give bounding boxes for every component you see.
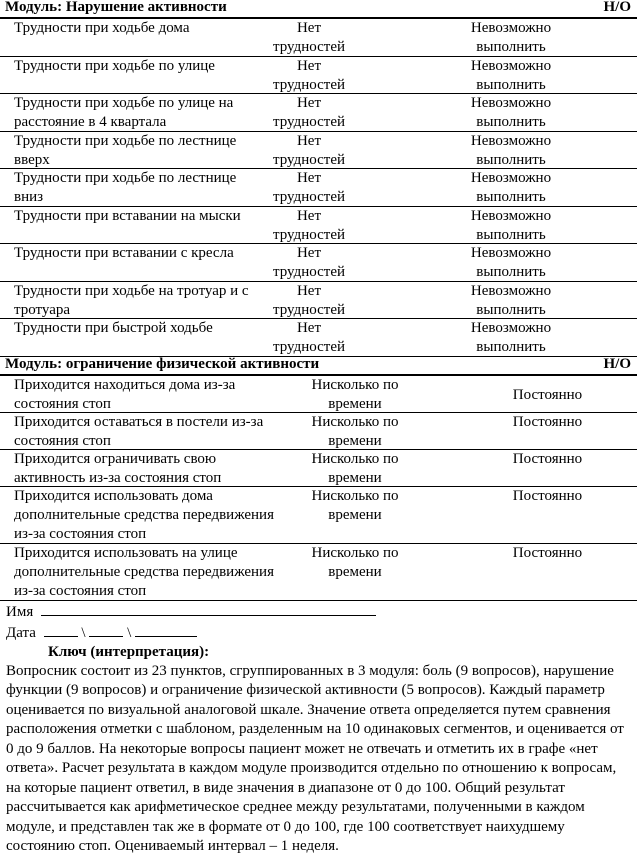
module1-title: Модуль: Нарушение активности	[5, 0, 227, 17]
scale-max-label: Невозможно выполнить	[460, 19, 562, 57]
date-day-line[interactable]	[44, 622, 78, 637]
item-label: Трудности при быстрой ходьбе	[14, 319, 249, 338]
name-label: Имя	[6, 604, 33, 620]
module2-title: Модуль: ограничение физической активност…	[5, 355, 319, 374]
scale-max-label: Невозможно выполнить	[460, 244, 562, 282]
date-year-line[interactable]	[135, 622, 197, 637]
table-row: Трудности при ходьбе по улице на расстоя…	[0, 94, 637, 132]
scale-max-label: Невозможно выполнить	[460, 57, 562, 95]
date-separator: \	[81, 625, 85, 641]
scale-min-label: Нет трудностей	[260, 19, 358, 57]
table-row: Трудности при ходьбе дома Нет трудностей…	[0, 19, 637, 57]
patient-fields: Имя Дата \ \	[0, 601, 637, 643]
scale-max-label: Невозможно выполнить	[460, 319, 562, 357]
key-title: Ключ (интерпретация):	[0, 643, 637, 662]
key-text: Вопросник состоит из 23 пунктов, сгруппи…	[0, 662, 637, 857]
table-row: Трудности при ходьбе по улице Нет трудно…	[0, 57, 637, 95]
table-row: Приходится использовать дома дополнитель…	[0, 487, 637, 544]
module2-na-label: Н/О	[603, 355, 631, 374]
scale-min-label: Нет трудностей	[260, 169, 358, 207]
scale-max-label: Невозможно выполнить	[460, 94, 562, 132]
scale-min-label: Нисколько по времени	[300, 544, 410, 582]
questionnaire-page: Модуль: Нарушение активности Н/О Труднос…	[0, 0, 637, 857]
scale-min-label: Нисколько по времени	[300, 487, 410, 525]
table-row: Приходится находиться дома из-за состоян…	[0, 376, 637, 413]
table-row: Приходится использовать на улице дополни…	[0, 544, 637, 601]
table-row: Трудности при вставании с кресла Нет тру…	[0, 244, 637, 282]
item-label: Приходится ограничивать свою активность …	[14, 450, 274, 488]
module2-header: Модуль: ограничение физической активност…	[0, 357, 637, 376]
scale-max-label: Невозможно выполнить	[460, 169, 562, 207]
module1-na-label: Н/О	[603, 0, 631, 17]
item-label: Трудности при вставании с кресла	[14, 244, 249, 263]
item-label: Трудности при ходьбе по улице	[14, 57, 249, 76]
scale-min-label: Нет трудностей	[260, 282, 358, 320]
table-row: Приходится ограничивать свою активность …	[0, 450, 637, 487]
item-label: Трудности при ходьбе по лестнице вниз	[14, 169, 249, 207]
item-label: Приходится использовать дома дополнитель…	[14, 487, 274, 544]
item-label: Приходится оставаться в постели из-за со…	[14, 413, 274, 451]
scale-min-label: Нет трудностей	[260, 207, 358, 245]
scale-max-label: Постоянно	[500, 450, 595, 469]
item-label: Приходится находиться дома из-за состоян…	[14, 376, 274, 414]
item-label: Трудности при ходьбе дома	[14, 19, 249, 38]
scale-max-label: Невозможно выполнить	[460, 132, 562, 170]
table-row: Трудности при ходьбе на тротуар и с трот…	[0, 282, 637, 320]
date-month-line[interactable]	[89, 622, 123, 637]
table-row: Трудности при ходьбе по лестнице вниз Не…	[0, 169, 637, 207]
table-row: Трудности при ходьбе по лестнице вверх Н…	[0, 132, 637, 170]
scale-max-label: Невозможно выполнить	[460, 282, 562, 320]
scale-min-label: Нисколько по времени	[300, 450, 410, 488]
scale-min-label: Нет трудностей	[260, 319, 358, 357]
table-row: Трудности при быстрой ходьбе Нет труднос…	[0, 319, 637, 357]
scale-max-label: Постоянно	[500, 413, 595, 432]
scale-min-label: Нет трудностей	[260, 244, 358, 282]
item-label: Трудности при ходьбе на тротуар и с трот…	[14, 282, 249, 320]
date-separator: \	[127, 625, 131, 641]
name-field-row: Имя	[6, 601, 637, 622]
scale-min-label: Нет трудностей	[260, 57, 358, 95]
item-label: Приходится использовать на улице дополни…	[14, 544, 274, 601]
item-label: Трудности при ходьбе по улице на расстоя…	[14, 94, 249, 132]
scale-max-label: Постоянно	[500, 487, 595, 506]
name-input-line[interactable]	[41, 601, 376, 616]
item-label: Трудности при вставании на мыски	[14, 207, 249, 226]
scale-max-label: Невозможно выполнить	[460, 207, 562, 245]
module1-header: Модуль: Нарушение активности Н/О	[0, 0, 637, 19]
scale-min-label: Нет трудностей	[260, 94, 358, 132]
date-label: Дата	[6, 625, 36, 641]
item-label: Трудности при ходьбе по лестнице вверх	[14, 132, 249, 170]
scale-min-label: Нет трудностей	[260, 132, 358, 170]
scale-max-label: Постоянно	[500, 386, 595, 405]
table-row: Приходится оставаться в постели из-за со…	[0, 413, 637, 450]
scale-min-label: Нисколько по времени	[300, 413, 410, 451]
scale-min-label: Нисколько по времени	[300, 376, 410, 414]
table-row: Трудности при вставании на мыски Нет тру…	[0, 207, 637, 245]
scale-max-label: Постоянно	[500, 544, 595, 563]
date-field-row: Дата \ \	[6, 622, 637, 643]
module2-table: Приходится находиться дома из-за состоян…	[0, 376, 637, 601]
module1-table: Трудности при ходьбе дома Нет трудностей…	[0, 19, 637, 357]
